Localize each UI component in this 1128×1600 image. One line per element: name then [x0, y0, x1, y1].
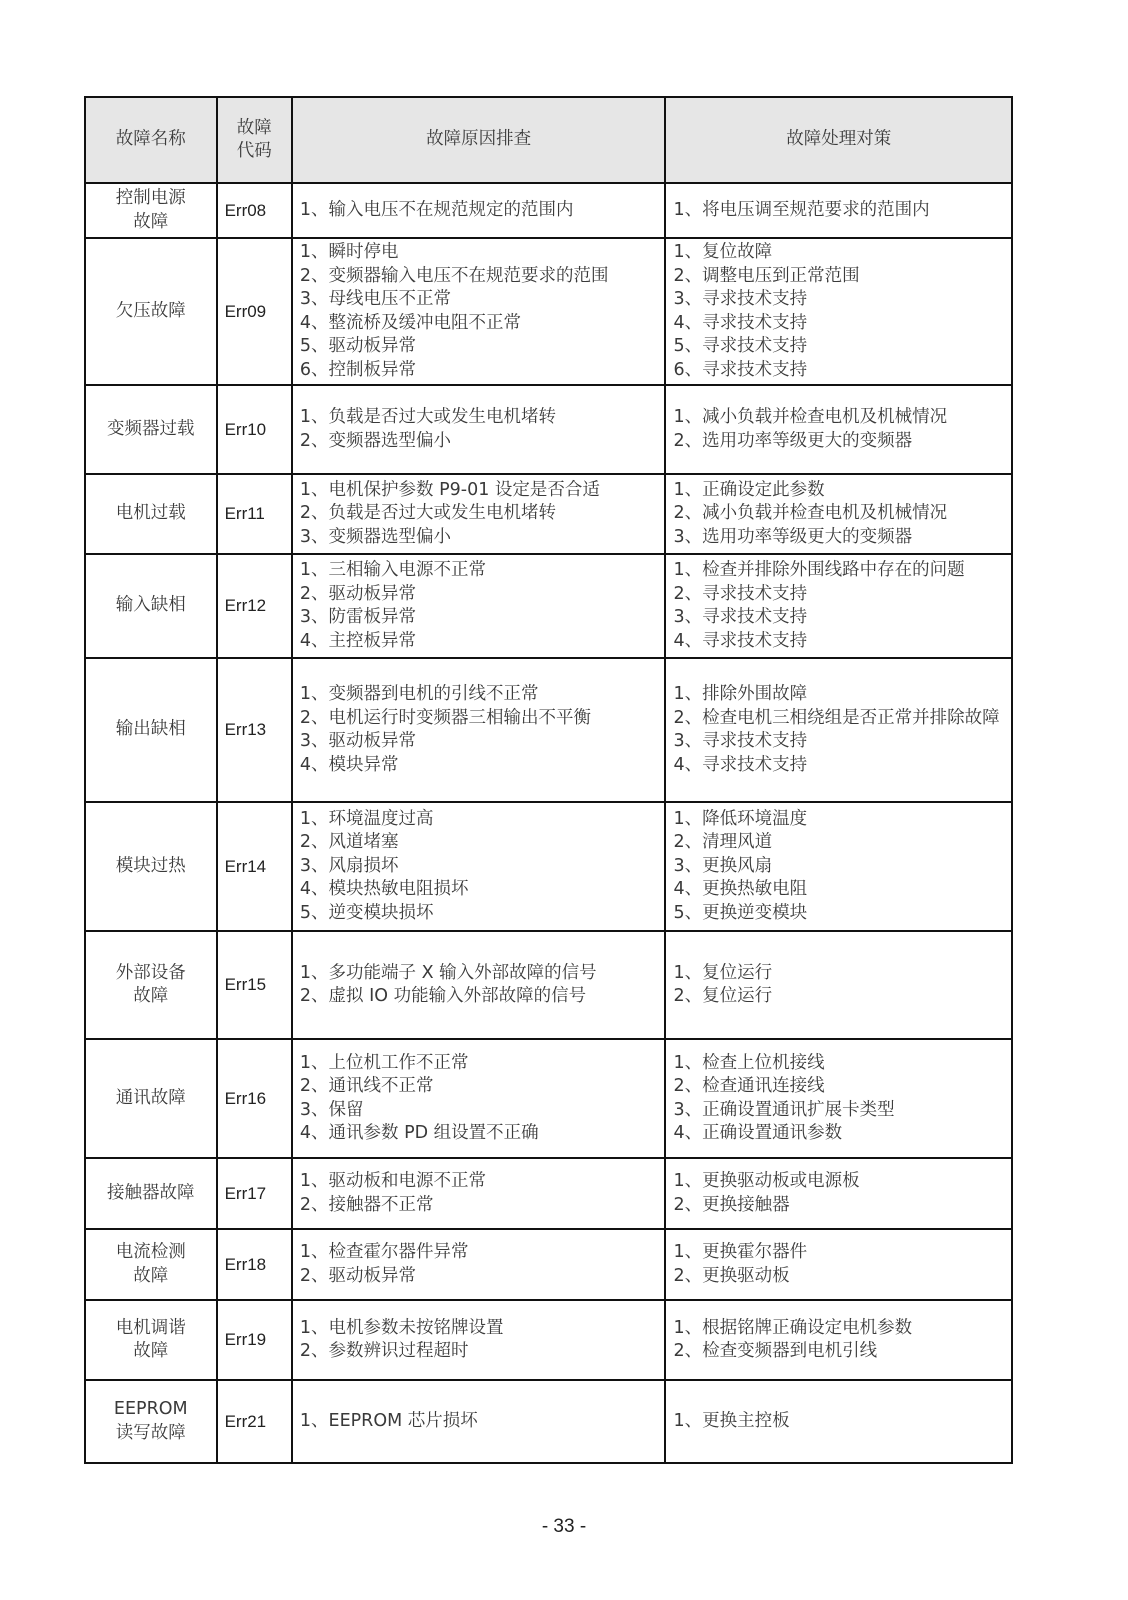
fault-cause-cell: 1、电机参数未按铭牌设置2、参数辨识过程超时: [292, 1300, 666, 1380]
fault-name-line: 故障: [90, 211, 212, 235]
fault-cause-cell: 1、驱动板和电源不正常2、接触器不正常: [292, 1158, 666, 1229]
cause-item: 1、输入电压不在规范规定的范围内: [300, 199, 661, 223]
cause-item: 4、主控板异常: [300, 630, 661, 654]
fault-code-cell: Err08: [217, 183, 292, 238]
fault-cause-cell: 1、负载是否过大或发生电机堵转2、变频器选型偏小: [292, 385, 666, 474]
fault-cause-cell: 1、输入电压不在规范规定的范围内: [292, 183, 666, 238]
fault-name-cell: 接触器故障: [85, 1158, 217, 1229]
header-fault-fix: 故障处理对策: [665, 97, 1012, 183]
table-row: 欠压故障Err091、瞬时停电2、变频器输入电压不在规范要求的范围3、母线电压不…: [85, 238, 1012, 385]
fix-item: 2、选用功率等级更大的变频器: [673, 430, 1007, 454]
fix-item: 4、更换热敏电阻: [673, 878, 1007, 902]
cause-item: 6、控制板异常: [300, 359, 661, 383]
fix-item: 2、复位运行: [673, 985, 1007, 1009]
fault-name-cell: 欠压故障: [85, 238, 217, 385]
fault-fix-cell: 1、更换主控板: [665, 1380, 1012, 1463]
fix-item: 4、正确设置通讯参数: [673, 1122, 1007, 1146]
fix-item: 1、检查上位机接线: [673, 1052, 1007, 1076]
fault-code-cell: Err11: [217, 474, 292, 554]
fix-item: 4、寻求技术支持: [673, 312, 1007, 336]
fix-item: 1、复位故障: [673, 241, 1007, 265]
fault-code-cell: Err09: [217, 238, 292, 385]
fault-name-line: 电机调谐: [90, 1317, 212, 1341]
fault-name-line: 输入缺相: [90, 594, 212, 618]
fault-cause-cell: 1、三相输入电源不正常2、驱动板异常3、防雷板异常4、主控板异常: [292, 554, 666, 658]
fault-cause-cell: 1、电机保护参数 P9-01 设定是否合适2、负载是否过大或发生电机堵转3、变频…: [292, 474, 666, 554]
cause-item: 3、驱动板异常: [300, 730, 661, 754]
fix-item: 6、寻求技术支持: [673, 359, 1007, 383]
header-fault-name: 故障名称: [85, 97, 217, 183]
cause-item: 5、驱动板异常: [300, 335, 661, 359]
fault-fix-cell: 1、检查并排除外围线路中存在的问题2、寻求技术支持3、寻求技术支持4、寻求技术支…: [665, 554, 1012, 658]
header-code-line-1: 故障: [218, 117, 291, 141]
fault-fix-cell: 1、正确设定此参数2、减小负载并检查电机及机械情况3、选用功率等级更大的变频器: [665, 474, 1012, 554]
cause-item: 3、母线电压不正常: [300, 288, 661, 312]
cause-item: 2、参数辨识过程超时: [300, 1340, 661, 1364]
fault-fix-cell: 1、根据铭牌正确设定电机参数2、检查变频器到电机引线: [665, 1300, 1012, 1380]
fault-code-cell: Err13: [217, 658, 292, 802]
cause-item: 1、上位机工作不正常: [300, 1052, 661, 1076]
fix-item: 3、选用功率等级更大的变频器: [673, 526, 1007, 550]
cause-item: 5、逆变模块损坏: [300, 902, 661, 926]
fix-item: 2、更换接触器: [673, 1194, 1007, 1218]
fault-code-cell: Err18: [217, 1229, 292, 1300]
cause-item: 1、瞬时停电: [300, 241, 661, 265]
fault-name-cell: 通讯故障: [85, 1039, 217, 1158]
fix-item: 4、寻求技术支持: [673, 754, 1007, 778]
cause-item: 4、通讯参数 PD 组设置不正确: [300, 1122, 661, 1146]
cause-item: 1、负载是否过大或发生电机堵转: [300, 406, 661, 430]
fault-code-cell: Err21: [217, 1380, 292, 1463]
fault-name-cell: 电流检测故障: [85, 1229, 217, 1300]
table-row: 外部设备故障Err151、多功能端子 X 输入外部故障的信号2、虚拟 IO 功能…: [85, 931, 1012, 1039]
fix-item: 1、复位运行: [673, 962, 1007, 986]
fix-item: 2、检查电机三相绕组是否正常并排除故障: [673, 707, 1007, 731]
fix-item: 5、寻求技术支持: [673, 335, 1007, 359]
fix-item: 1、将电压调至规范要求的范围内: [673, 199, 1007, 223]
fault-name-line: 电流检测: [90, 1241, 212, 1265]
fix-item: 4、寻求技术支持: [673, 630, 1007, 654]
fault-name-line: 控制电源: [90, 187, 212, 211]
cause-item: 3、变频器选型偏小: [300, 526, 661, 550]
cause-item: 4、模块热敏电阻损坏: [300, 878, 661, 902]
fault-cause-cell: 1、EEPROM 芯片损坏: [292, 1380, 666, 1463]
fix-item: 1、根据铭牌正确设定电机参数: [673, 1317, 1007, 1341]
cause-item: 1、驱动板和电源不正常: [300, 1170, 661, 1194]
table-row: 通讯故障Err161、上位机工作不正常2、通讯线不正常3、保留4、通讯参数 PD…: [85, 1039, 1012, 1158]
table-row: 输出缺相Err131、变频器到电机的引线不正常2、电机运行时变频器三相输出不平衡…: [85, 658, 1012, 802]
fault-cause-cell: 1、环境温度过高2、风道堵塞3、风扇损坏4、模块热敏电阻损坏5、逆变模块损坏: [292, 802, 666, 931]
fault-code-cell: Err17: [217, 1158, 292, 1229]
cause-item: 1、环境温度过高: [300, 808, 661, 832]
page-number: - 33 -: [0, 1516, 1128, 1538]
table-row: 变频器过载Err101、负载是否过大或发生电机堵转2、变频器选型偏小1、减小负载…: [85, 385, 1012, 474]
fault-name-line: 欠压故障: [90, 300, 212, 324]
cause-item: 2、变频器输入电压不在规范要求的范围: [300, 265, 661, 289]
cause-item: 1、变频器到电机的引线不正常: [300, 683, 661, 707]
fix-item: 1、更换霍尔器件: [673, 1241, 1007, 1265]
fix-item: 2、寻求技术支持: [673, 583, 1007, 607]
cause-item: 2、风道堵塞: [300, 831, 661, 855]
fix-item: 1、降低环境温度: [673, 808, 1007, 832]
fix-item: 2、检查通讯连接线: [673, 1075, 1007, 1099]
table-row: 接触器故障Err171、驱动板和电源不正常2、接触器不正常1、更换驱动板或电源板…: [85, 1158, 1012, 1229]
fault-name-line: 读写故障: [90, 1422, 212, 1446]
fault-name-cell: 输出缺相: [85, 658, 217, 802]
table-body: 控制电源故障Err081、输入电压不在规范规定的范围内1、将电压调至规范要求的范…: [85, 183, 1012, 1463]
cause-item: 2、通讯线不正常: [300, 1075, 661, 1099]
cause-item: 4、整流桥及缓冲电阻不正常: [300, 312, 661, 336]
cause-item: 2、负载是否过大或发生电机堵转: [300, 502, 661, 526]
fault-name-cell: EEPROM读写故障: [85, 1380, 217, 1463]
fault-name-cell: 变频器过载: [85, 385, 217, 474]
fix-item: 1、更换驱动板或电源板: [673, 1170, 1007, 1194]
fix-item: 3、更换风扇: [673, 855, 1007, 879]
fault-code-cell: Err19: [217, 1300, 292, 1380]
fix-item: 3、正确设置通讯扩展卡类型: [673, 1099, 1007, 1123]
table-row: 电流检测故障Err181、检查霍尔器件异常2、驱动板异常1、更换霍尔器件2、更换…: [85, 1229, 1012, 1300]
fault-name-line: 通讯故障: [90, 1087, 212, 1111]
fix-item: 1、正确设定此参数: [673, 479, 1007, 503]
header-code-line-2: 代码: [218, 140, 291, 164]
table-row: EEPROM读写故障Err211、EEPROM 芯片损坏1、更换主控板: [85, 1380, 1012, 1463]
cause-item: 1、电机保护参数 P9-01 设定是否合适: [300, 479, 661, 503]
fix-item: 2、减小负载并检查电机及机械情况: [673, 502, 1007, 526]
fault-fix-cell: 1、更换霍尔器件2、更换驱动板: [665, 1229, 1012, 1300]
fault-name-line: EEPROM: [90, 1398, 212, 1422]
fault-name-line: 故障: [90, 985, 212, 1009]
fault-name-line: 变频器过载: [90, 418, 212, 442]
table-row: 电机过载Err111、电机保护参数 P9-01 设定是否合适2、负载是否过大或发…: [85, 474, 1012, 554]
fault-name-cell: 电机调谐故障: [85, 1300, 217, 1380]
fault-name-line: 故障: [90, 1265, 212, 1289]
fault-fix-cell: 1、复位故障2、调整电压到正常范围3、寻求技术支持4、寻求技术支持5、寻求技术支…: [665, 238, 1012, 385]
header-fault-code: 故障 代码: [217, 97, 292, 183]
cause-item: 3、保留: [300, 1099, 661, 1123]
table-row: 电机调谐故障Err191、电机参数未按铭牌设置2、参数辨识过程超时1、根据铭牌正…: [85, 1300, 1012, 1380]
table-row: 控制电源故障Err081、输入电压不在规范规定的范围内1、将电压调至规范要求的范…: [85, 183, 1012, 238]
cause-item: 1、电机参数未按铭牌设置: [300, 1317, 661, 1341]
fix-item: 2、清理风道: [673, 831, 1007, 855]
fix-item: 1、排除外围故障: [673, 683, 1007, 707]
fix-item: 1、更换主控板: [673, 1410, 1007, 1434]
header-fault-cause: 故障原因排查: [292, 97, 666, 183]
fault-name-cell: 模块过热: [85, 802, 217, 931]
cause-item: 2、接触器不正常: [300, 1194, 661, 1218]
fault-cause-cell: 1、上位机工作不正常2、通讯线不正常3、保留4、通讯参数 PD 组设置不正确: [292, 1039, 666, 1158]
fault-name-line: 外部设备: [90, 962, 212, 986]
fault-name-line: 模块过热: [90, 855, 212, 879]
fix-item: 2、检查变频器到电机引线: [673, 1340, 1007, 1364]
fault-code-cell: Err12: [217, 554, 292, 658]
fix-item: 3、寻求技术支持: [673, 606, 1007, 630]
fix-item: 3、寻求技术支持: [673, 288, 1007, 312]
fault-code-cell: Err15: [217, 931, 292, 1039]
fix-item: 3、寻求技术支持: [673, 730, 1007, 754]
fault-fix-cell: 1、减小负载并检查电机及机械情况2、选用功率等级更大的变频器: [665, 385, 1012, 474]
fix-item: 2、调整电压到正常范围: [673, 265, 1007, 289]
cause-item: 1、多功能端子 X 输入外部故障的信号: [300, 962, 661, 986]
fault-fix-cell: 1、检查上位机接线2、检查通讯连接线3、正确设置通讯扩展卡类型4、正确设置通讯参…: [665, 1039, 1012, 1158]
cause-item: 3、风扇损坏: [300, 855, 661, 879]
fix-item: 5、更换逆变模块: [673, 902, 1007, 926]
table-row: 输入缺相Err121、三相输入电源不正常2、驱动板异常3、防雷板异常4、主控板异…: [85, 554, 1012, 658]
fault-fix-cell: 1、复位运行2、复位运行: [665, 931, 1012, 1039]
fault-name-cell: 输入缺相: [85, 554, 217, 658]
table-row: 模块过热Err141、环境温度过高2、风道堵塞3、风扇损坏4、模块热敏电阻损坏5…: [85, 802, 1012, 931]
cause-item: 2、驱动板异常: [300, 1265, 661, 1289]
fault-code-cell: Err16: [217, 1039, 292, 1158]
fault-name-cell: 外部设备故障: [85, 931, 217, 1039]
fault-name-line: 故障: [90, 1340, 212, 1364]
fault-fix-cell: 1、将电压调至规范要求的范围内: [665, 183, 1012, 238]
fault-fix-cell: 1、降低环境温度2、清理风道3、更换风扇4、更换热敏电阻5、更换逆变模块: [665, 802, 1012, 931]
fault-fix-cell: 1、更换驱动板或电源板2、更换接触器: [665, 1158, 1012, 1229]
fault-name-cell: 电机过载: [85, 474, 217, 554]
fault-name-line: 电机过载: [90, 502, 212, 526]
fault-name-line: 输出缺相: [90, 718, 212, 742]
fault-name-line: 接触器故障: [90, 1182, 212, 1206]
fault-fix-cell: 1、排除外围故障2、检查电机三相绕组是否正常并排除故障3、寻求技术支持4、寻求技…: [665, 658, 1012, 802]
fault-table: 故障名称 故障 代码 故障原因排查 故障处理对策 控制电源故障Err081、输入…: [84, 96, 1013, 1464]
table-header-row: 故障名称 故障 代码 故障原因排查 故障处理对策: [85, 97, 1012, 183]
cause-item: 1、三相输入电源不正常: [300, 559, 661, 583]
fault-code-cell: Err10: [217, 385, 292, 474]
cause-item: 3、防雷板异常: [300, 606, 661, 630]
fault-name-cell: 控制电源故障: [85, 183, 217, 238]
cause-item: 2、电机运行时变频器三相输出不平衡: [300, 707, 661, 731]
fault-cause-cell: 1、变频器到电机的引线不正常2、电机运行时变频器三相输出不平衡3、驱动板异常4、…: [292, 658, 666, 802]
cause-item: 2、虚拟 IO 功能输入外部故障的信号: [300, 985, 661, 1009]
fault-cause-cell: 1、多功能端子 X 输入外部故障的信号2、虚拟 IO 功能输入外部故障的信号: [292, 931, 666, 1039]
fix-item: 1、减小负载并检查电机及机械情况: [673, 406, 1007, 430]
cause-item: 2、驱动板异常: [300, 583, 661, 607]
cause-item: 1、EEPROM 芯片损坏: [300, 1410, 661, 1434]
fix-item: 1、检查并排除外围线路中存在的问题: [673, 559, 1007, 583]
cause-item: 1、检查霍尔器件异常: [300, 1241, 661, 1265]
fix-item: 2、更换驱动板: [673, 1265, 1007, 1289]
cause-item: 2、变频器选型偏小: [300, 430, 661, 454]
fault-cause-cell: 1、检查霍尔器件异常2、驱动板异常: [292, 1229, 666, 1300]
fault-cause-cell: 1、瞬时停电2、变频器输入电压不在规范要求的范围3、母线电压不正常4、整流桥及缓…: [292, 238, 666, 385]
cause-item: 4、模块异常: [300, 754, 661, 778]
fault-code-cell: Err14: [217, 802, 292, 931]
